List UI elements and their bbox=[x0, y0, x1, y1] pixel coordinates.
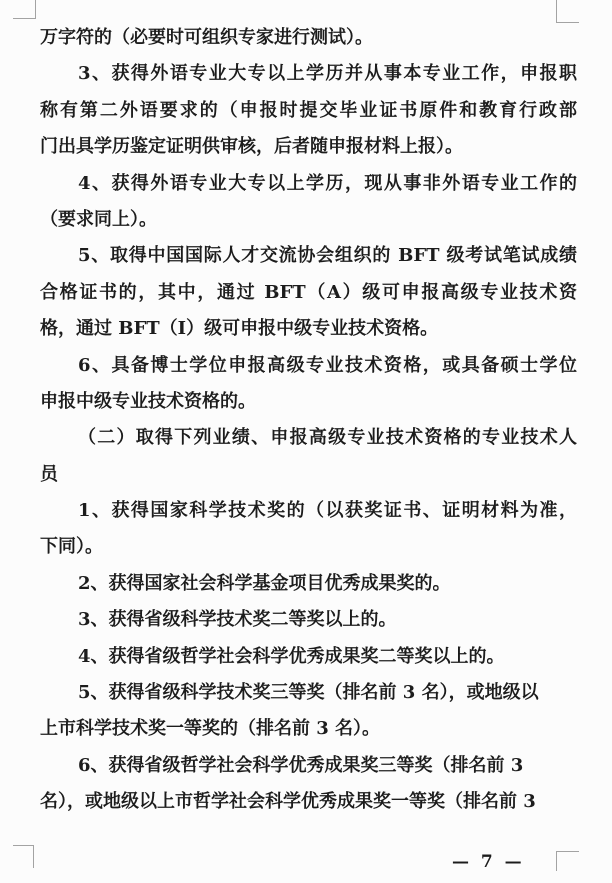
page-number: — 7 — bbox=[452, 852, 525, 872]
text-line: 5、获得省级科学技术奖三等奖（排名前 3 名），或地级以 bbox=[40, 675, 577, 711]
text-line: 格，通过 BFT（I）级可申报中级专业技术资格。 bbox=[40, 311, 577, 347]
text-line: 4、获得外语专业大专以上学历，现从事非外语专业工作的 bbox=[40, 166, 577, 202]
text-line: 6、获得省级哲学社会科学优秀成果奖三等奖（排名前 3 bbox=[40, 748, 577, 784]
text-line: （二）取得下列业绩、申报高级专业技术资格的专业技术人 bbox=[40, 420, 577, 456]
text-line: 1、获得国家科学技术奖的（以获奖证书、证明材料为准， bbox=[40, 493, 577, 529]
text-line: 上市科学技术奖一等奖的（排名前 3 名）。 bbox=[40, 711, 577, 747]
document-body: 万字符的（必要时可组织专家进行测试）。 3、获得外语专业大专以上学历并从事本专业… bbox=[40, 20, 577, 821]
text-line: 4、获得省级哲学社会科学优秀成果奖二等奖以上的。 bbox=[40, 639, 577, 675]
scanned-document-page: 万字符的（必要时可组织专家进行测试）。 3、获得外语专业大专以上学历并从事本专业… bbox=[0, 0, 612, 883]
text-line: 万字符的（必要时可组织专家进行测试）。 bbox=[40, 20, 577, 56]
text-line: 2、获得国家社会科学基金项目优秀成果奖的。 bbox=[40, 566, 577, 602]
text-line: 名），或地级以上市哲学社会科学优秀成果奖一等奖（排名前 3 bbox=[40, 784, 577, 820]
text-line: 3、获得外语专业大专以上学历并从事本专业工作，申报职 bbox=[40, 56, 577, 92]
crop-mark-bottom-left bbox=[13, 845, 34, 868]
text-line: 6、具备博士学位申报高级专业技术资格，或具备硕士学位 bbox=[40, 348, 577, 384]
text-line: 合格证书的，其中，通过 BFT（A）级可申报高级专业技术资 bbox=[40, 275, 577, 311]
crop-mark-bottom-right bbox=[556, 851, 579, 871]
crop-mark-top-left bbox=[13, 0, 36, 19]
text-line: （要求同上）。 bbox=[40, 202, 577, 238]
text-line: 申报中级专业技术资格的。 bbox=[40, 384, 577, 420]
text-line: 称有第二外语要求的（申报时提交毕业证书原件和教育行政部 bbox=[40, 93, 577, 129]
text-line: 员 bbox=[40, 457, 577, 493]
text-line: 下同）。 bbox=[40, 529, 577, 565]
text-line: 5、取得中国国际人才交流协会组织的 BFT 级考试笔试成绩 bbox=[40, 238, 577, 274]
text-line: 门出具学历鉴定证明供审核，后者随申报材料上报）。 bbox=[40, 129, 577, 165]
text-line: 3、获得省级科学技术奖二等奖以上的。 bbox=[40, 602, 577, 638]
